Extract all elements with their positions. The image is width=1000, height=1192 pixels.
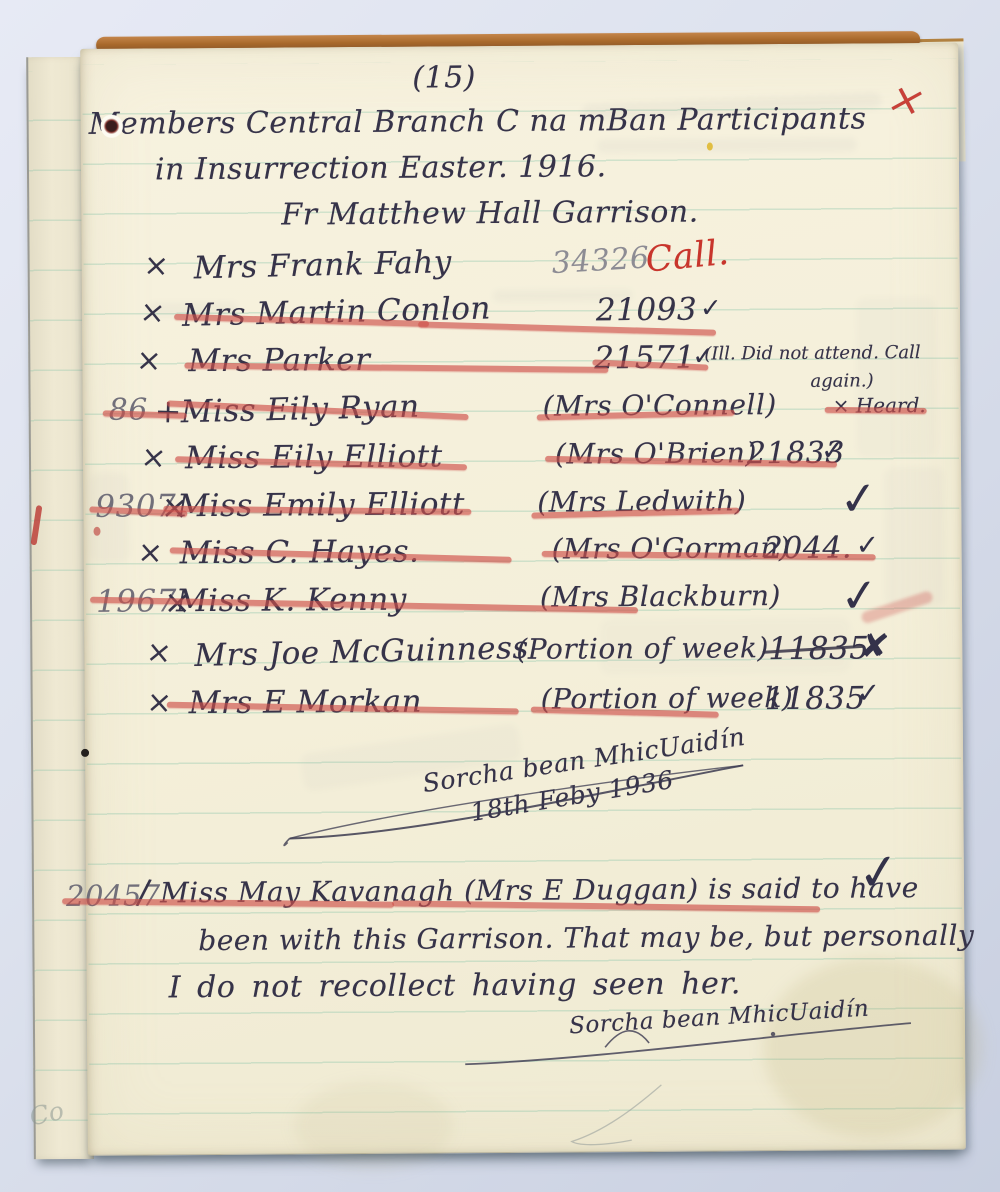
entry-check: ✓ — [857, 676, 881, 709]
entry-mark: × — [135, 343, 163, 380]
page-number: (15) — [412, 60, 476, 95]
stitch-hole — [81, 749, 89, 757]
signature-flourish — [453, 1015, 923, 1078]
entry-number: 2044. — [764, 531, 853, 567]
entry-paren: (Mrs O'Brien) — [555, 436, 757, 470]
entry-mark: × — [138, 294, 167, 331]
addendum-checkmark: ✓ — [855, 841, 903, 903]
entry-number: 21571 — [594, 340, 695, 377]
entry-paren: (Mrs O'Gorman) — [552, 531, 791, 566]
punch-hole — [101, 113, 125, 139]
entry-mark: × — [143, 248, 171, 285]
entry-check: ✓ — [838, 567, 881, 624]
addendum-line-2: been with this Garrison. That may be, bu… — [198, 919, 974, 957]
entry-name: Miss Emily Elliott — [177, 486, 465, 524]
signature-flourish — [271, 753, 762, 851]
entry-number: 11835 — [765, 680, 866, 717]
red-ink-drip — [93, 527, 100, 536]
register-entry: ×Mrs Martin Conlon21093✓ — [0, 290, 998, 343]
entry-mark: × — [137, 535, 165, 572]
entry-annotation: Call. — [644, 233, 731, 281]
entry-check: ✓ — [837, 470, 880, 527]
entry-mark: × — [139, 439, 168, 476]
paper-fleck — [707, 143, 713, 151]
entry-mark: × — [145, 634, 174, 671]
pencil-stroke — [543, 1079, 684, 1155]
register-entry: ×Mrs E Morkan(Portion of week)11835✓ — [1, 680, 1000, 733]
register-entry: ×Mrs Frank Fahy34326Call. — [0, 243, 998, 296]
handwriting-layer: (15) Members Central Branch C na mBan Pa… — [0, 0, 1000, 1192]
entry-name: Mrs Joe McGuinness — [194, 630, 529, 674]
scanned-notebook-page: (15) Members Central Branch C na mBan Pa… — [0, 0, 1000, 1192]
register-entry: ×Mrs Parker21571✓(Ill. Did not attend. C… — [0, 338, 999, 391]
title-line-3: Fr Matthew Hall Garrison. — [281, 195, 699, 233]
entry-note-line1: (Ill. Did not attend. Call — [704, 342, 920, 365]
entry-name: Mrs Parker — [188, 342, 370, 379]
paper-group: (15) Members Central Branch C na mBan Pa… — [0, 0, 1000, 1192]
edge-ghost-text: Co — [27, 1096, 67, 1132]
entry-number: 21093 — [596, 292, 697, 329]
entry-paren: (Portion of week) — [516, 631, 769, 666]
title-line-2: in Insurrection Easter. 1916. — [155, 149, 607, 187]
entry-number: 34326 — [551, 240, 651, 281]
garrison-register-list: ×Mrs Frank Fahy34326Call.×Mrs Martin Con… — [0, 0, 996, 4]
red-strike-line — [825, 407, 927, 414]
title-line-1: Members Central Branch C na mBan Partici… — [89, 101, 867, 141]
entry-name: Mrs Frank Fahy — [193, 244, 452, 286]
red-cross-mark: × — [881, 73, 934, 126]
addendum-line-3: I do not recollect having seen her. — [169, 966, 741, 1005]
entry-annotation: × Heard. — [833, 393, 926, 418]
entry-check: ✓ — [700, 293, 722, 323]
register-entry: ×Mrs Joe McGuinness(Portion of week)1183… — [0, 630, 1000, 683]
